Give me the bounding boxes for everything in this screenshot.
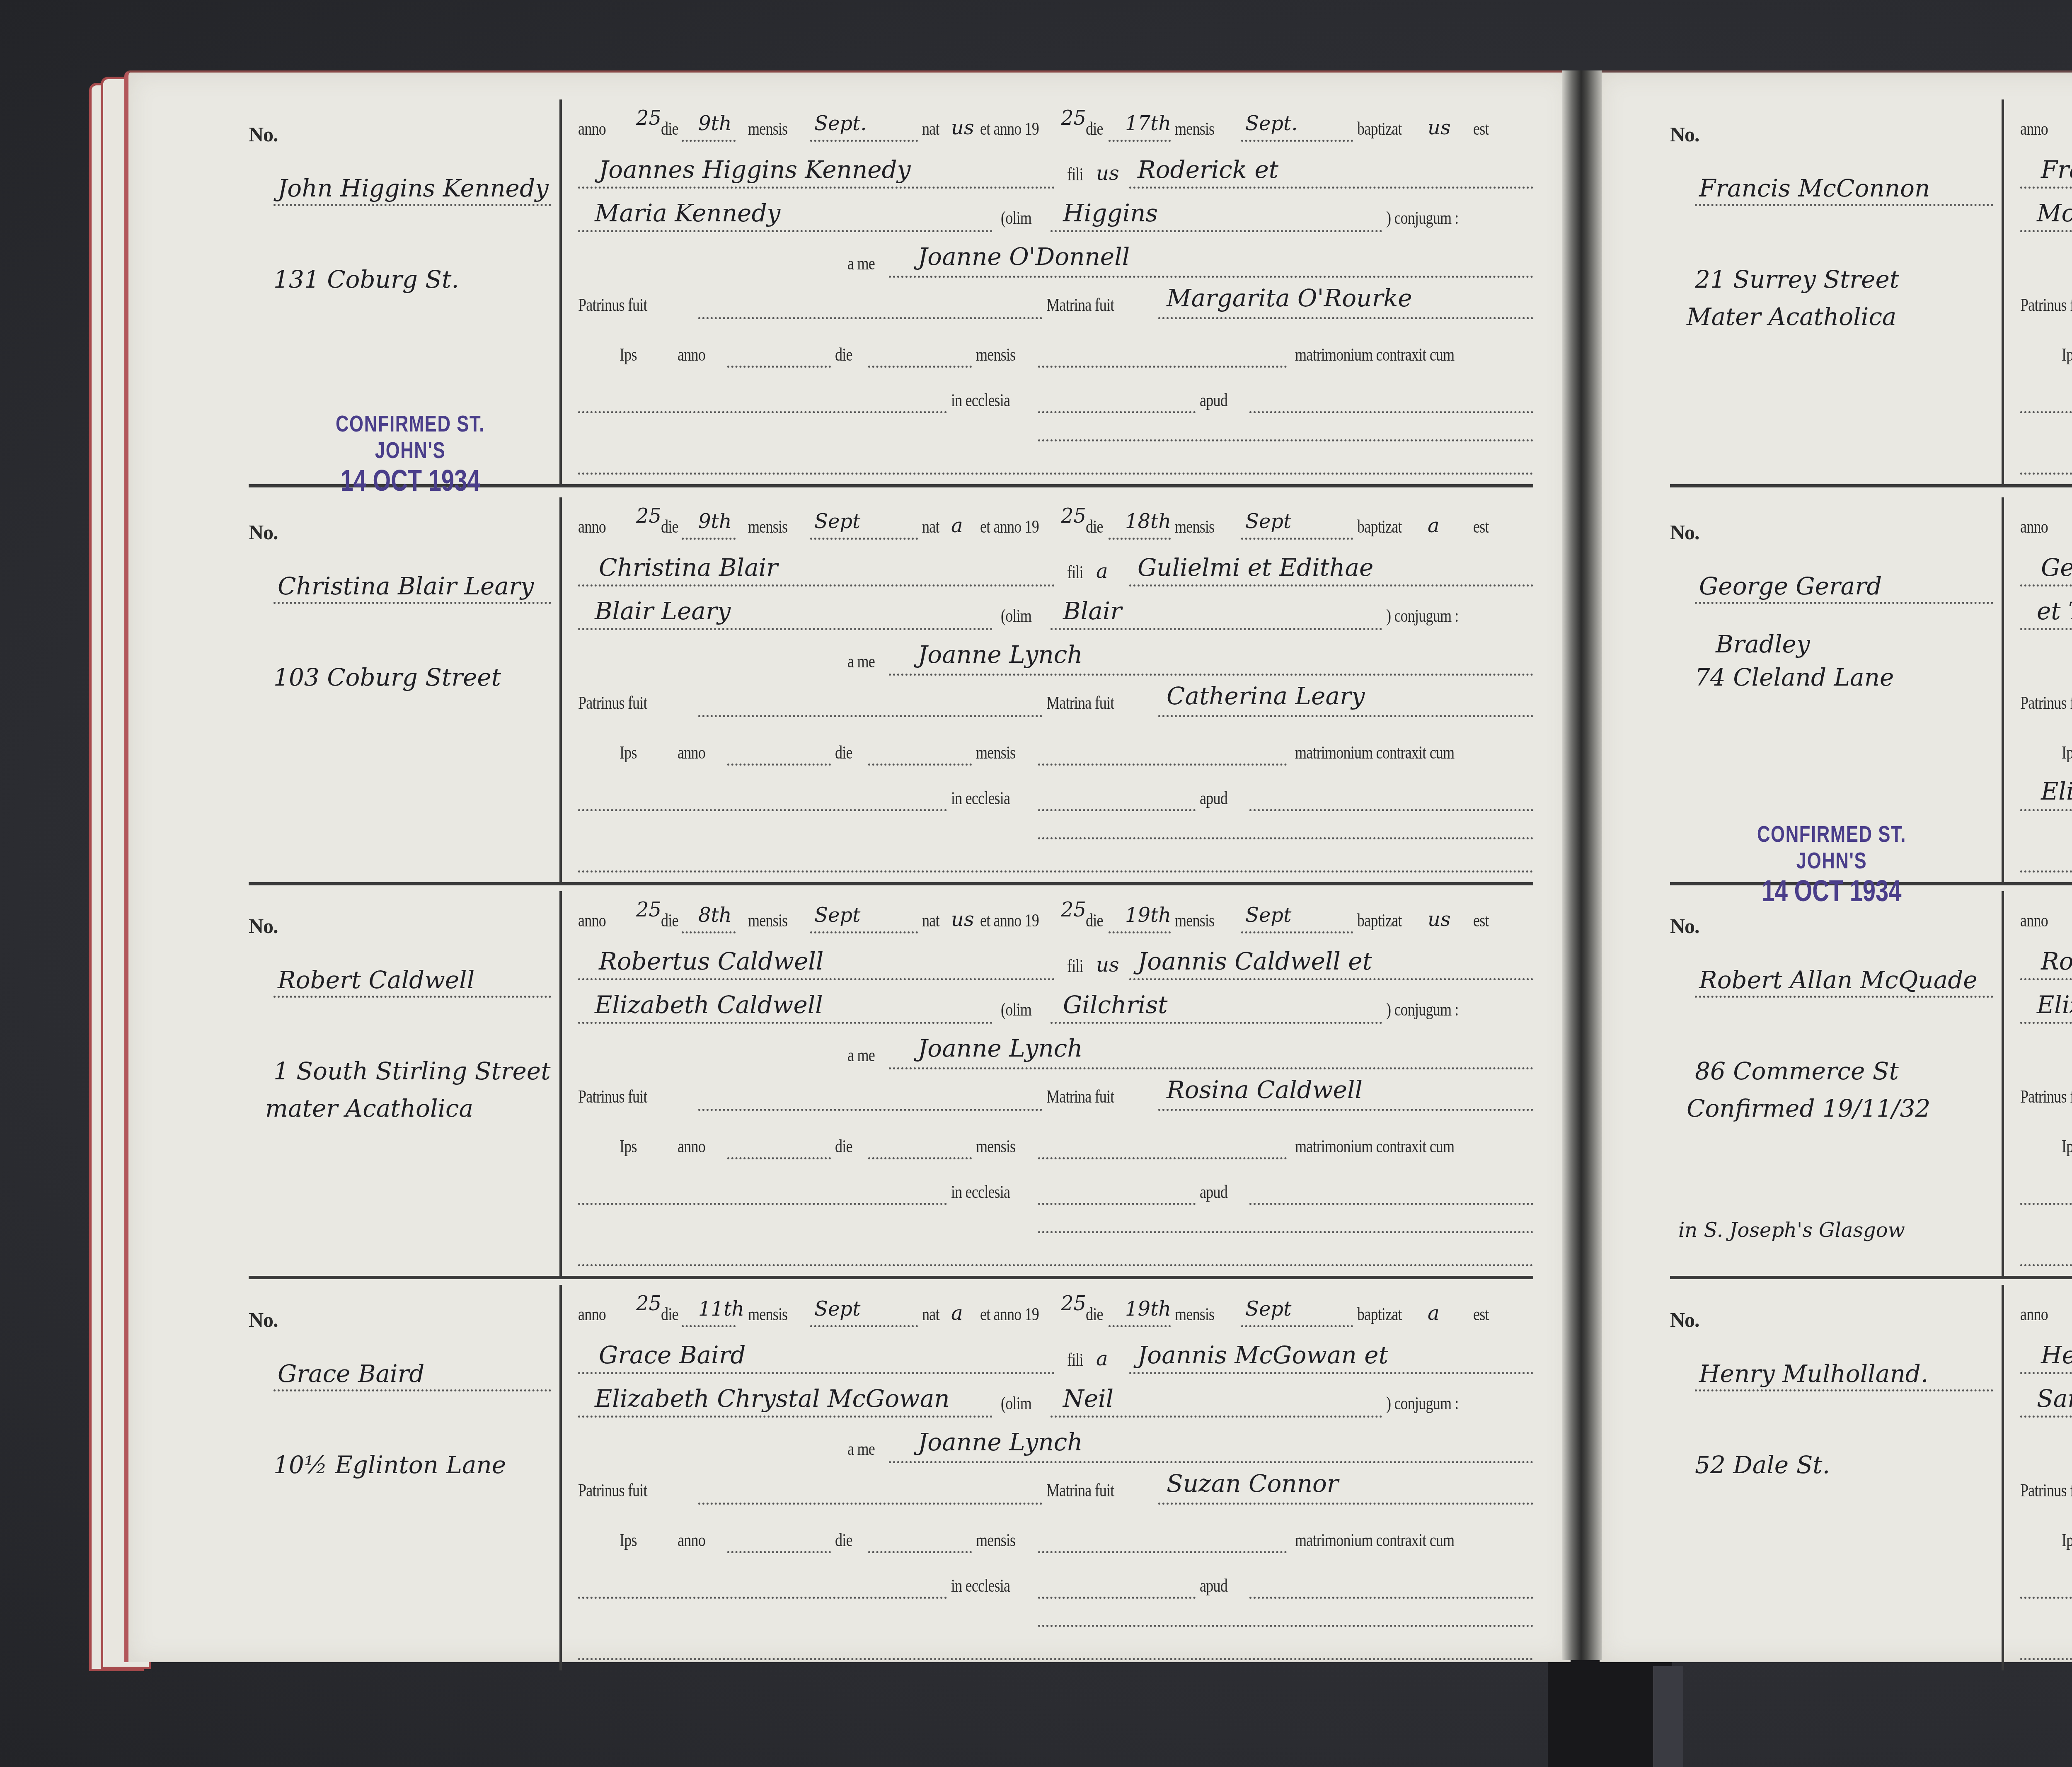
mensis-label: mensis <box>976 344 1015 365</box>
olim-label: (olim <box>1001 999 1031 1020</box>
a-me-label: a me <box>847 1438 875 1459</box>
fill-line <box>1158 715 1533 717</box>
signature-line <box>2020 1658 2072 1660</box>
baptism-month: Sept <box>1245 1297 1291 1321</box>
fili-suffix: us <box>1096 953 1119 977</box>
margin-name-line <box>274 996 551 998</box>
a-me-label: a me <box>847 253 875 274</box>
child-name: Franciscus McConnon <box>2041 155 2072 184</box>
die-label: die <box>1086 516 1103 537</box>
die-label: die <box>1086 910 1103 931</box>
margin-name-line <box>274 1389 551 1391</box>
stamp-line-1: CONFIRMED ST. JOHN'S <box>1731 821 1932 874</box>
mother-name: Elizabeth Caldwell <box>595 991 823 1019</box>
fill-line <box>1158 1503 1533 1505</box>
fill-line <box>2020 978 2072 980</box>
fill-line <box>1158 1109 1533 1111</box>
anno-label: anno <box>2020 118 2048 139</box>
fill-line <box>1038 764 1287 766</box>
fili-label: fili <box>1067 955 1083 977</box>
margin-note: mater Acatholica <box>265 1094 473 1122</box>
conjugum-label: ) conjugum : <box>1386 999 1459 1020</box>
baptizat-suffix: us <box>1428 908 1451 931</box>
ips-label: Ips <box>620 742 637 763</box>
patrinus-label: Patrinus fuit <box>2020 294 2072 315</box>
margin-name-line <box>1695 204 1993 206</box>
margin-name-line <box>274 204 551 206</box>
birth-month: Sept <box>814 1297 860 1321</box>
olim-label: (olim <box>1001 605 1031 626</box>
margin-note: Mater Acatholica <box>1687 303 1896 331</box>
est-label: est <box>1473 516 1489 537</box>
fill-line <box>1109 538 1171 540</box>
nat-suffix: a <box>951 514 963 537</box>
die-label: die <box>1086 118 1103 139</box>
fill-line <box>1158 317 1533 319</box>
fill-line <box>1038 366 1287 368</box>
baptism-day: 19th <box>1125 904 1171 927</box>
fill-line <box>578 628 992 630</box>
fili-suffix: a <box>1096 1347 1108 1370</box>
olim-label: (olim <box>1001 1393 1031 1414</box>
child-name: Christina Blair <box>599 553 778 582</box>
fill-line <box>1109 1325 1171 1327</box>
entry-separator <box>1670 1276 2072 1279</box>
birth-year: 25 <box>636 898 661 921</box>
entry-number-label: No. <box>1670 1308 1699 1332</box>
a-me-label: a me <box>847 651 875 672</box>
patrinus-label: Patrinus fuit <box>2020 1086 2072 1107</box>
fill-line <box>698 715 1042 717</box>
fill-line <box>1038 1157 1287 1159</box>
fill-line <box>1249 1597 1533 1599</box>
margin-name-line <box>1695 602 1993 604</box>
book-gutter <box>1562 70 1602 1660</box>
entry-number-label: No. <box>249 122 278 146</box>
mother-name: et Theresae Bradley <box>2037 597 2072 625</box>
mensis-label: mensis <box>1175 910 1214 931</box>
child-name: Georgius Gerardus Bradley <box>2041 553 2072 582</box>
baptism-day: 18th <box>1125 510 1171 533</box>
fill-line <box>2020 1203 2072 1205</box>
anno-label: anno <box>678 344 705 365</box>
apud-label: apud <box>1200 1575 1227 1596</box>
fill-line <box>2020 584 2072 587</box>
anno-label: anno <box>2020 910 2048 931</box>
die-label: die <box>835 1136 852 1157</box>
margin-name-line <box>1695 1389 1993 1391</box>
et-anno-label: et anno 19 <box>980 1304 1039 1325</box>
stamp-date: 14 OCT 1934 <box>310 464 511 498</box>
patrinus-label: Patrinus fuit <box>578 294 647 315</box>
margin-address: 52 Dale St. <box>1695 1451 1830 1479</box>
fill-line <box>1129 584 1533 587</box>
die-label: die <box>661 516 678 537</box>
mother-name: Maria Kennedy <box>595 199 780 227</box>
fill-line <box>578 978 1055 980</box>
fill-line <box>1051 1022 1382 1024</box>
nat-label: nat <box>922 516 939 537</box>
matrimonium-label: matrimonium contraxit cum <box>1295 742 1454 763</box>
margin-address: 10½ Eglinton Lane <box>274 1451 506 1479</box>
fili-suffix: a <box>1096 560 1108 583</box>
column-divider <box>2002 497 2004 883</box>
die-label: die <box>661 910 678 931</box>
fill-line <box>889 1067 1533 1069</box>
nat-label: nat <box>922 1304 939 1325</box>
fill-line <box>1051 1416 1382 1418</box>
ips-label: Ips <box>620 1529 637 1551</box>
patrinus-label: Patrinus fuit <box>578 1480 647 1501</box>
est-label: est <box>1473 1304 1489 1325</box>
conjugum-label: ) conjugum : <box>1386 207 1459 228</box>
conjugum-label: ) conjugum : <box>1386 605 1459 626</box>
column-divider <box>559 891 562 1277</box>
officiating-priest: Joanne O'Donnell <box>918 242 1130 271</box>
entry-number-label: No. <box>249 520 278 544</box>
fill-line <box>578 230 992 232</box>
ips-label: Ips <box>2062 1136 2072 1157</box>
godmother-name: Suzan Connor <box>1167 1469 1339 1498</box>
birth-year: 25 <box>636 1292 661 1315</box>
signature-line <box>2020 1264 2072 1266</box>
entry-separator <box>249 1276 1533 1279</box>
ips-label: Ips <box>620 1136 637 1157</box>
mother-name: Blair Leary <box>595 597 731 625</box>
mensis-label: mensis <box>1175 118 1214 139</box>
fill-line <box>2020 628 2072 630</box>
die-label: die <box>661 118 678 139</box>
baptism-year: 25 <box>1061 504 1086 528</box>
stamp-line-1: CONFIRMED ST. JOHN'S <box>310 410 511 464</box>
baptism-month: Sept <box>1245 904 1291 927</box>
fill-line <box>578 584 1055 587</box>
fill-line <box>727 1551 831 1553</box>
baptizat-label: baptizat <box>1357 1304 1402 1325</box>
fill-line <box>1038 809 1196 811</box>
die-label: die <box>661 1304 678 1325</box>
fill-line <box>727 764 831 766</box>
fill-line <box>868 764 972 766</box>
child-name: Grace Baird <box>599 1341 746 1369</box>
child-name: Henricus Mulholland <box>2041 1341 2072 1369</box>
baptism-day: 17th <box>1125 112 1171 135</box>
baptism-day: 19th <box>1125 1297 1171 1321</box>
mother-name: Sarah Mulholland. <box>2037 1384 2072 1413</box>
ips-label: Ips <box>2062 1529 2072 1551</box>
nat-label: nat <box>922 910 939 931</box>
matrimonium-label: matrimonium contraxit cum <box>1295 1136 1454 1157</box>
signature-line <box>1038 439 1533 441</box>
fill-line <box>1241 1325 1353 1327</box>
margin-note: Confirmed 19/11/32 <box>1687 1094 1930 1122</box>
margin-child-name: Christina Blair Leary <box>278 572 534 600</box>
mother-maiden-name: Higgins <box>1063 199 1158 227</box>
fill-line <box>810 538 918 540</box>
child-name: Joannes Higgins Kennedy <box>599 155 911 184</box>
mother-name: Elizabeth Chrystal McGowan <box>595 1384 950 1413</box>
signature-line <box>1038 1625 1533 1627</box>
fill-line <box>2020 187 2072 189</box>
fill-line <box>889 674 1533 676</box>
fill-line <box>578 411 947 413</box>
fill-line <box>1051 628 1382 630</box>
mother-name: McDiarmid <box>2037 199 2072 227</box>
birth-day: 9th <box>698 112 732 135</box>
margin-note-2: in S. Joseph's Glasgow <box>1678 1219 1905 1242</box>
column-divider <box>559 1285 562 1670</box>
margin-child-name: Robert Caldwell <box>278 966 474 994</box>
baptizat-label: baptizat <box>1357 516 1402 537</box>
mensis-label: mensis <box>748 118 787 139</box>
child-name: Robertus McQuade <box>2041 947 2072 975</box>
fill-line <box>2020 1597 2072 1599</box>
olim-label: (olim <box>1001 207 1031 228</box>
fill-line <box>1109 931 1171 933</box>
fill-line <box>2020 809 2072 811</box>
in-ecclesia-label: in ecclesia <box>951 1575 1010 1596</box>
ips-label: Ips <box>2062 742 2072 763</box>
margin-address: 131 Coburg St. <box>274 265 459 293</box>
anno-label: anno <box>2020 1304 2048 1325</box>
baptism-month: Sept. <box>1245 112 1298 135</box>
nat-suffix: us <box>951 908 974 931</box>
signature-line <box>578 1658 1533 1660</box>
mensis-label: mensis <box>976 1136 1015 1157</box>
birth-year: 25 <box>636 504 661 528</box>
baptizat-suffix: a <box>1428 514 1440 537</box>
fill-line <box>868 1551 972 1553</box>
ips-label: Ips <box>2062 344 2072 365</box>
mensis-label: mensis <box>748 1304 787 1325</box>
in-ecclesia-label: in ecclesia <box>951 390 1010 411</box>
margin-address: 21 Surrey Street <box>1695 265 1899 293</box>
birth-year: 25 <box>636 107 661 130</box>
godmother-name: Rosina Caldwell <box>1167 1076 1363 1104</box>
fill-line <box>810 931 918 933</box>
fill-line <box>2020 1022 2072 1024</box>
fill-line <box>1249 411 1533 413</box>
fill-line <box>1051 230 1382 232</box>
fill-line <box>1129 978 1533 980</box>
in-ecclesia-label: in ecclesia <box>951 1181 1010 1202</box>
die-label: die <box>1086 1304 1103 1325</box>
fill-line <box>1241 931 1353 933</box>
nat-label: nat <box>922 118 939 139</box>
spouse-name: Elizabeth Collins <box>2041 777 2072 805</box>
fill-line <box>810 1325 918 1327</box>
matrina-label: Matrina fuit <box>1046 1480 1114 1501</box>
fill-line <box>868 366 972 368</box>
fili-label: fili <box>1067 562 1083 583</box>
column-divider <box>559 497 562 883</box>
entry-separator <box>1670 484 2072 487</box>
stamp-date: 14 OCT 1934 <box>1731 874 1932 909</box>
matrina-label: Matrina fuit <box>1046 1086 1114 1107</box>
birth-month: Sept. <box>814 112 867 135</box>
baptism-year: 25 <box>1061 107 1086 130</box>
fili-label: fili <box>1067 1349 1083 1370</box>
matrimonium-label: matrimonium contraxit cum <box>1295 344 1454 365</box>
fill-line <box>1038 1551 1287 1553</box>
anno-label: anno <box>2020 516 2048 537</box>
confirmation-stamp: CONFIRMED ST. JOHN'S 14 OCT 1934 <box>1731 821 1932 909</box>
margin-name-line <box>274 602 551 604</box>
birth-month: Sept <box>814 904 860 927</box>
column-divider <box>2002 99 2004 485</box>
mensis-label: mensis <box>1175 1304 1214 1325</box>
entry-number-label: No. <box>1670 914 1699 938</box>
conjugum-label: ) conjugum : <box>1386 1393 1459 1414</box>
fill-line <box>682 140 736 142</box>
ips-label: Ips <box>620 344 637 365</box>
signature-line <box>2020 473 2072 475</box>
margin-child-name: Henry Mulholland. <box>1699 1360 1928 1388</box>
fill-line <box>1038 1203 1196 1205</box>
apud-label: apud <box>1200 788 1227 809</box>
fill-line <box>578 1416 992 1418</box>
margin-address: 103 Coburg Street <box>274 663 501 691</box>
signature-line <box>578 473 1533 475</box>
father-name: Gulielmi et Edithae <box>1138 553 1373 582</box>
baptism-year: 25 <box>1061 1292 1086 1315</box>
fili-suffix: us <box>1096 162 1119 185</box>
fill-line <box>2020 411 2072 413</box>
fill-line <box>578 187 1055 189</box>
margin-address: 86 Commerce St <box>1695 1057 1899 1085</box>
birth-day: 8th <box>698 904 732 927</box>
et-anno-label: et anno 19 <box>980 910 1039 931</box>
baptizat-label: baptizat <box>1357 118 1402 139</box>
entry-separator <box>249 882 1533 885</box>
apud-label: apud <box>1200 1181 1227 1202</box>
fill-line <box>1109 140 1171 142</box>
matrimonium-label: matrimonium contraxit cum <box>1295 1529 1454 1551</box>
mensis-label: mensis <box>976 742 1015 763</box>
child-name: Robertus Caldwell <box>599 947 823 975</box>
anno-label: anno <box>678 742 705 763</box>
fill-line <box>868 1157 972 1159</box>
fill-line <box>1129 187 1533 189</box>
fill-line <box>1249 809 1533 811</box>
margin-address: 1 South Stirling Street <box>274 1057 551 1085</box>
fill-line <box>727 366 831 368</box>
entry-number-label: No. <box>249 914 278 938</box>
fill-line <box>810 140 918 142</box>
nat-suffix: a <box>951 1302 963 1325</box>
birth-day: 9th <box>698 510 732 533</box>
fill-line <box>727 1157 831 1159</box>
et-anno-label: et anno 19 <box>980 118 1039 139</box>
godmother-name: Catherina Leary <box>1167 682 1365 710</box>
nat-suffix: us <box>951 116 974 139</box>
godmother-name: Margarita O'Rourke <box>1167 284 1412 312</box>
birth-month: Sept <box>814 510 860 533</box>
est-label: est <box>1473 118 1489 139</box>
margin-child-name: George Gerard <box>1699 572 1882 600</box>
fill-line <box>682 931 736 933</box>
fill-line <box>698 1503 1042 1505</box>
anno-label: anno <box>578 118 606 139</box>
apud-label: apud <box>1200 390 1227 411</box>
fill-line <box>1241 140 1353 142</box>
anno-label: anno <box>578 910 606 931</box>
signature-line <box>578 1264 1533 1266</box>
a-me-label: a me <box>847 1045 875 1066</box>
anno-label: anno <box>578 1304 606 1325</box>
confirmation-stamp: CONFIRMED ST. JOHN'S 14 OCT 1934 <box>310 410 511 498</box>
fill-line <box>889 1461 1533 1463</box>
margin-address: 74 Cleland Lane <box>1695 663 1894 691</box>
column-divider <box>559 99 562 485</box>
signature-line <box>2020 870 2072 873</box>
fill-line <box>578 1372 1055 1374</box>
fill-line <box>682 1325 736 1327</box>
fill-line <box>1038 411 1196 413</box>
die-label: die <box>835 1529 852 1551</box>
entry-number-label: No. <box>1670 520 1699 544</box>
fill-line <box>698 1109 1042 1111</box>
margin-child-surname: Bradley <box>1716 630 1810 658</box>
margin-child-name: Francis McConnon <box>1699 174 1930 202</box>
mother-maiden-name: Neil <box>1063 1384 1113 1413</box>
fill-line <box>578 1203 947 1205</box>
patrinus-label: Patrinus fuit <box>2020 1480 2072 1501</box>
baptizat-label: baptizat <box>1357 910 1402 931</box>
margin-name-line <box>1695 996 1993 998</box>
column-divider <box>2002 891 2004 1277</box>
officiating-priest: Joanne Lynch <box>918 1428 1083 1456</box>
patrinus-label: Patrinus fuit <box>578 692 647 713</box>
fill-line <box>682 538 736 540</box>
father-name: Joannis Caldwell et <box>1138 947 1372 975</box>
fill-line <box>1038 1597 1196 1599</box>
officiating-priest: Joanne Lynch <box>918 640 1083 669</box>
fill-line <box>1249 1203 1533 1205</box>
signature-line <box>1038 837 1533 839</box>
matrina-label: Matrina fuit <box>1046 294 1114 315</box>
fill-line <box>2020 1372 2072 1374</box>
father-name: Roderick et <box>1138 155 1278 184</box>
margin-child-name: John Higgins Kennedy <box>278 174 549 202</box>
book-spine-edge <box>1653 1666 1683 1767</box>
margin-child-name: Grace Baird <box>278 1360 425 1388</box>
fill-line <box>578 1022 992 1024</box>
die-label: die <box>835 344 852 365</box>
mensis-label: mensis <box>976 1529 1015 1551</box>
baptizat-suffix: a <box>1428 1302 1440 1325</box>
anno-label: anno <box>678 1529 705 1551</box>
fill-line <box>1129 1372 1533 1374</box>
margin-child-name: Robert Allan McQuade <box>1699 966 1978 994</box>
in-ecclesia-label: in ecclesia <box>951 788 1010 809</box>
signature-line <box>578 870 1533 873</box>
baptism-month: Sept <box>1245 510 1291 533</box>
fill-line <box>2020 230 2072 232</box>
entry-number-label: No. <box>1670 122 1699 146</box>
fill-line <box>889 276 1533 278</box>
column-divider <box>2002 1285 2004 1670</box>
fill-line <box>2020 1416 2072 1418</box>
patrinus-label: Patrinus fuit <box>578 1086 647 1107</box>
father-name: Joannis McGowan et <box>1138 1341 1388 1369</box>
mother-name: Elizabethae McQuade <box>2037 991 2072 1019</box>
fill-line <box>1241 538 1353 540</box>
mensis-label: mensis <box>748 516 787 537</box>
patrinus-label: Patrinus fuit <box>2020 692 2072 713</box>
mensis-label: mensis <box>748 910 787 931</box>
matrina-label: Matrina fuit <box>1046 692 1114 713</box>
